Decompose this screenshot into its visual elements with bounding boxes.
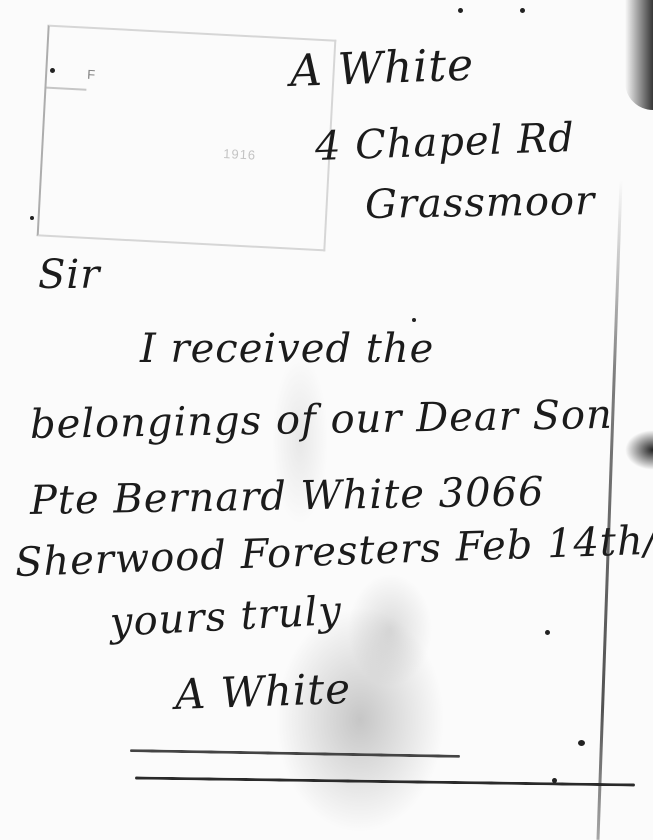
ink-speck	[458, 8, 463, 13]
body-line-1: I received the	[140, 326, 434, 372]
salutation: Sir	[38, 252, 100, 298]
ink-speck	[412, 318, 416, 322]
sender-street: 4 Chapel Rd	[314, 115, 575, 170]
paper-fold-shadow	[625, 0, 653, 110]
ink-speck	[578, 740, 585, 746]
sender-name: A White	[289, 40, 475, 97]
signature: A White	[174, 664, 352, 719]
ink-speck	[50, 68, 55, 73]
paper-crease	[596, 180, 622, 840]
closing: yours truly	[109, 588, 343, 646]
signature-underline-1	[130, 749, 460, 758]
signature-underline-2	[135, 777, 635, 787]
letter-page: F 1916 A White 4 Chapel Rd Grassmoor Sir…	[0, 0, 653, 840]
ink-speck	[545, 630, 550, 635]
stamp-partial-text: F	[87, 67, 96, 82]
body-line-4: Sherwood Foresters Feb 14th/16	[14, 516, 653, 586]
sender-town: Grassmoor	[365, 178, 596, 228]
ink-speck	[30, 216, 34, 220]
ink-blot	[625, 430, 653, 470]
stamp-year: 1916	[223, 146, 257, 163]
ink-speck	[520, 8, 525, 13]
body-line-2: belongings of our Dear Son	[30, 392, 614, 448]
ink-speck	[552, 778, 557, 783]
body-line-3: Pte Bernard White 3066	[30, 469, 545, 524]
stamp-rule	[46, 87, 86, 91]
